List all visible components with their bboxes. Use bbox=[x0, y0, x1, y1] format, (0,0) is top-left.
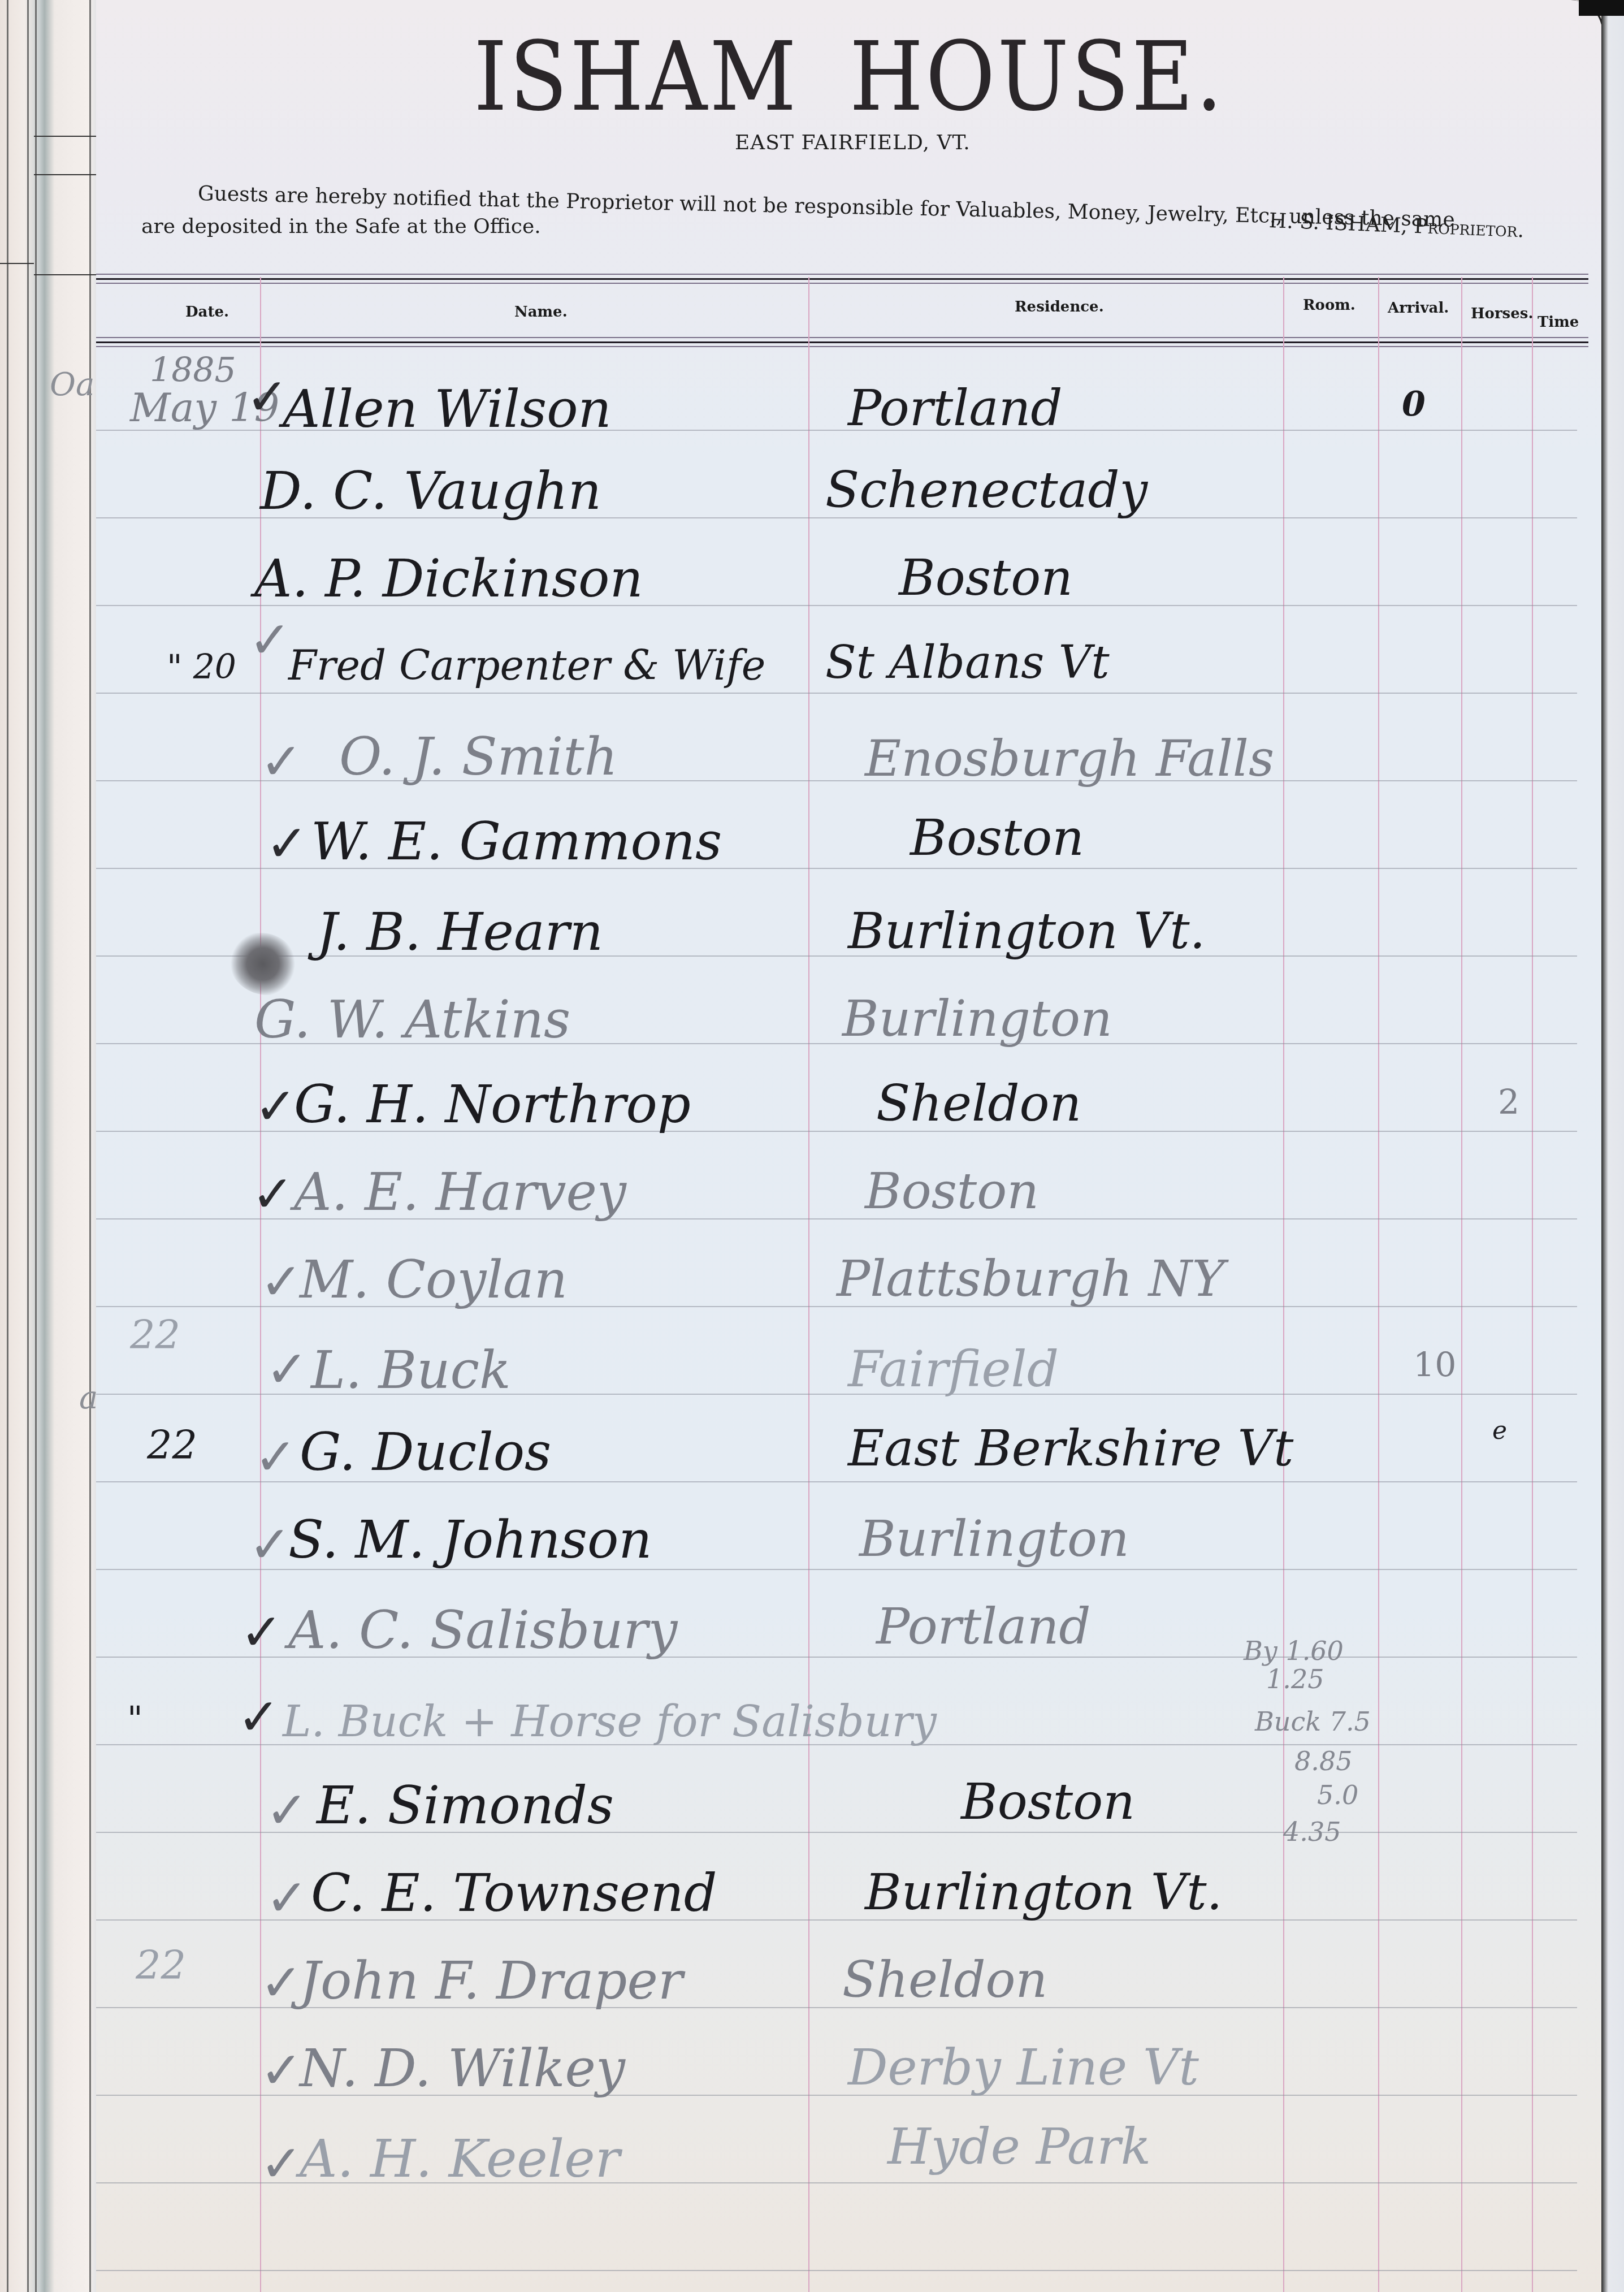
entry-name: G. H. Northrop bbox=[294, 1074, 691, 1135]
binding-rule bbox=[34, 136, 96, 137]
hotel-title: ISHAMHOUSE. bbox=[96, 23, 1603, 133]
header-rule bbox=[96, 341, 1588, 343]
register-entry: G. W. Atkins Burlington bbox=[96, 984, 1588, 1071]
entry-name: C. E. Townsend bbox=[311, 1863, 717, 1923]
entry-residence: Portland bbox=[876, 1597, 1091, 1655]
column-header-horses: Horses. bbox=[1471, 305, 1533, 322]
entry-residence: Portland bbox=[848, 379, 1063, 437]
entry-name: G. W. Atkins bbox=[254, 989, 570, 1050]
entry-name: L. Buck bbox=[311, 1340, 511, 1400]
background-corner bbox=[1579, 0, 1624, 16]
entry-date: 22 bbox=[136, 1942, 186, 1988]
checkmark-icon: ✓ bbox=[240, 1603, 283, 1662]
entry-residence: Burlington Vt. bbox=[865, 1863, 1223, 1921]
checkmark-icon: ✓ bbox=[260, 732, 302, 792]
tally-line: 4.35 bbox=[1283, 1818, 1341, 1846]
register-entry: ✓ G. H. Northrop Sheldon 2 bbox=[96, 1071, 1588, 1159]
checkmark-icon: ✓ bbox=[266, 814, 308, 873]
header-rule bbox=[96, 278, 1588, 280]
binding-rule bbox=[34, 274, 96, 275]
register-entry: A. P. Dickinson Boston bbox=[96, 548, 1588, 636]
checkmark-icon: ✓ bbox=[254, 1077, 297, 1136]
checkmark-icon: ✓ bbox=[254, 1428, 297, 1487]
tally-line: Buck 7.5 bbox=[1255, 1707, 1371, 1736]
entry-residence: Sheldon bbox=[842, 1951, 1047, 2009]
ledger-page: ISHAMHOUSE. EAST FAIRFIELD, VT. Guests a… bbox=[96, 0, 1605, 2292]
header-rule bbox=[96, 346, 1588, 347]
entry-name: L. Buck + Horse for Salisbury bbox=[283, 1696, 937, 1746]
register-entry: D. C. Vaughn Schenectady bbox=[96, 461, 1588, 548]
column-header-date: Date. bbox=[185, 304, 229, 321]
entry-name: A. C. Salisbury bbox=[288, 1600, 678, 1660]
checkmark-icon: ✓ bbox=[237, 1688, 280, 1747]
entry-name: A. E. Harvey bbox=[294, 1162, 626, 1222]
column-header-time: Time bbox=[1538, 314, 1579, 331]
entry-name: John F. Draper bbox=[300, 1951, 683, 2011]
register-entry: 22 ✓ L. Buck Fairfield 10 bbox=[96, 1334, 1588, 1422]
margin-note: Oa bbox=[50, 366, 94, 403]
page-edge bbox=[27, 0, 29, 2292]
column-header-name: Name. bbox=[514, 304, 568, 321]
checkmark-icon: ✓ bbox=[266, 1340, 308, 1399]
column-header-residence: Residence. bbox=[1015, 299, 1104, 315]
binding-rule bbox=[0, 263, 34, 264]
header-band bbox=[96, 270, 1588, 349]
register-entry: J. B. Hearn Burlington Vt. bbox=[96, 896, 1588, 984]
entry-residence: Boston bbox=[961, 1772, 1135, 1831]
header-rule bbox=[96, 337, 1588, 338]
entry-name: S. M. Johnson bbox=[288, 1510, 652, 1570]
register-entry: " 20 ✓ Fred Carpenter & Wife St Albans V… bbox=[96, 633, 1588, 721]
checkmark-icon: ✓ bbox=[260, 2041, 302, 2100]
checkmark-icon: ✓ bbox=[260, 1252, 302, 1312]
register-entry: ✓ M. Coylan Plattsburgh NY bbox=[96, 1247, 1588, 1334]
tally-line: 5.0 bbox=[1317, 1781, 1358, 1809]
register-entry: 22 ✓ G. Duclos East Berkshire Vt e bbox=[96, 1422, 1588, 1510]
title-word-1: ISHAM bbox=[474, 23, 799, 133]
page-edge bbox=[89, 0, 91, 2292]
entry-residence: Boston bbox=[899, 548, 1073, 607]
entry-name: Fred Carpenter & Wife bbox=[288, 642, 765, 689]
entry-residence: Fairfield bbox=[848, 1340, 1059, 1398]
entry-residence: Schenectady bbox=[825, 461, 1147, 519]
entry-residence: Burlington bbox=[842, 989, 1112, 1048]
entry-residence: Enosburgh Falls bbox=[865, 729, 1274, 788]
page-edge bbox=[35, 0, 37, 2292]
entry-residence: Burlington bbox=[859, 1510, 1129, 1568]
hotel-location: EAST FAIRFIELD, VT. bbox=[735, 131, 971, 154]
entry-residence: Boston bbox=[910, 808, 1084, 867]
page-edge bbox=[7, 0, 8, 2292]
entry-residence: East Berkshire Vt bbox=[848, 1419, 1293, 1477]
entry-name: O. J. Smith bbox=[339, 726, 618, 787]
tally-line: By 1.60 bbox=[1244, 1637, 1344, 1665]
register-entry: ✓ A. H. Keeler Hyde Park bbox=[96, 2123, 1588, 2211]
header-rule bbox=[96, 283, 1588, 284]
entry-residence: Burlington Vt. bbox=[848, 902, 1206, 960]
register-entry: ✓ A. C. Salisbury Portland bbox=[96, 1597, 1588, 1685]
entry-date: " bbox=[127, 1699, 143, 1739]
entry-name: M. Coylan bbox=[300, 1249, 568, 1310]
entry-name: J. B. Hearn bbox=[317, 902, 603, 962]
book-right-edge bbox=[1601, 0, 1624, 2292]
register-entry: ✓ O. J. Smith Enosburgh Falls bbox=[96, 721, 1588, 808]
entry-name: A. P. Dickinson bbox=[254, 548, 643, 609]
checkmark-icon: ✓ bbox=[266, 1781, 308, 1840]
entry-arrival: 10 bbox=[1413, 1346, 1456, 1385]
entry-residence: Hyde Park bbox=[887, 2117, 1151, 2176]
checkmark-icon: ✓ bbox=[249, 611, 291, 670]
column-header-room: Room. bbox=[1303, 297, 1356, 314]
entry-name: W. E. Gammons bbox=[311, 811, 722, 872]
entry-residence: Sheldon bbox=[876, 1074, 1081, 1132]
entry-date: 22 bbox=[130, 1312, 180, 1358]
entry-horses: e bbox=[1492, 1416, 1507, 1445]
entry-name: D. C. Vaughn bbox=[260, 461, 601, 521]
entry-residence: Plattsburgh NY bbox=[837, 1249, 1225, 1308]
checkmark-icon: ✓ bbox=[266, 1869, 308, 1928]
ruled-line bbox=[96, 2270, 1577, 2271]
entry-name: A. H. Keeler bbox=[300, 2129, 620, 2189]
proprietor-signature: H. S. ISHAM, Proprietor. bbox=[1268, 208, 1525, 244]
register-entry: May 19 ✓ Allen Wilson Portland 0 bbox=[96, 373, 1588, 461]
column-header-arrival: Arrival. bbox=[1388, 300, 1449, 317]
checkmark-icon: ✓ bbox=[260, 1953, 302, 2013]
register-entry: ✓ S. M. Johnson Burlington bbox=[96, 1510, 1588, 1597]
header-rule bbox=[96, 274, 1588, 275]
margin-note: a bbox=[79, 1379, 98, 1416]
entry-residence: Derby Line Vt bbox=[848, 2038, 1199, 2096]
checkmark-icon: ✓ bbox=[249, 1515, 291, 1575]
entry-name: N. D. Wilkey bbox=[300, 2038, 625, 2099]
entry-name: E. Simonds bbox=[317, 1775, 614, 1836]
book-binding: Oa a bbox=[0, 0, 99, 2292]
entry-residence: Boston bbox=[865, 1162, 1039, 1220]
entry-name: G. Duclos bbox=[300, 1422, 551, 1482]
register-entry: ✓ W. E. Gammons Boston bbox=[96, 808, 1588, 896]
notice-line-2: are deposited in the Safe at the Office. bbox=[141, 214, 541, 240]
entry-residence: St Albans Vt bbox=[825, 636, 1110, 689]
tally-line: 8.85 bbox=[1294, 1747, 1352, 1775]
register-entry: ✓ N. D. Wilkey Derby Line Vt bbox=[96, 2035, 1588, 2123]
checkmark-icon: ✓ bbox=[252, 1165, 294, 1224]
tally-line: 1.25 bbox=[1266, 1665, 1324, 1693]
register-entry: ✓ C. E. Townsend Burlington Vt. bbox=[96, 1860, 1588, 1948]
title-word-2: HOUSE. bbox=[850, 23, 1225, 133]
entry-horses: 2 bbox=[1498, 1083, 1519, 1122]
entry-arrival: 0 bbox=[1402, 384, 1426, 424]
register-entry: ✓ A. E. Harvey Boston bbox=[96, 1159, 1588, 1247]
checkmark-icon: ✓ bbox=[260, 2134, 302, 2194]
entry-date: 22 bbox=[147, 1422, 197, 1468]
register-entry: 22 ✓ John F. Draper Sheldon bbox=[96, 1948, 1588, 2035]
entry-name: Allen Wilson bbox=[283, 379, 612, 439]
entry-date: " 20 bbox=[167, 647, 236, 687]
binding-rule bbox=[34, 174, 96, 175]
register-entry: ✓ E. Simonds Boston bbox=[96, 1772, 1588, 1860]
